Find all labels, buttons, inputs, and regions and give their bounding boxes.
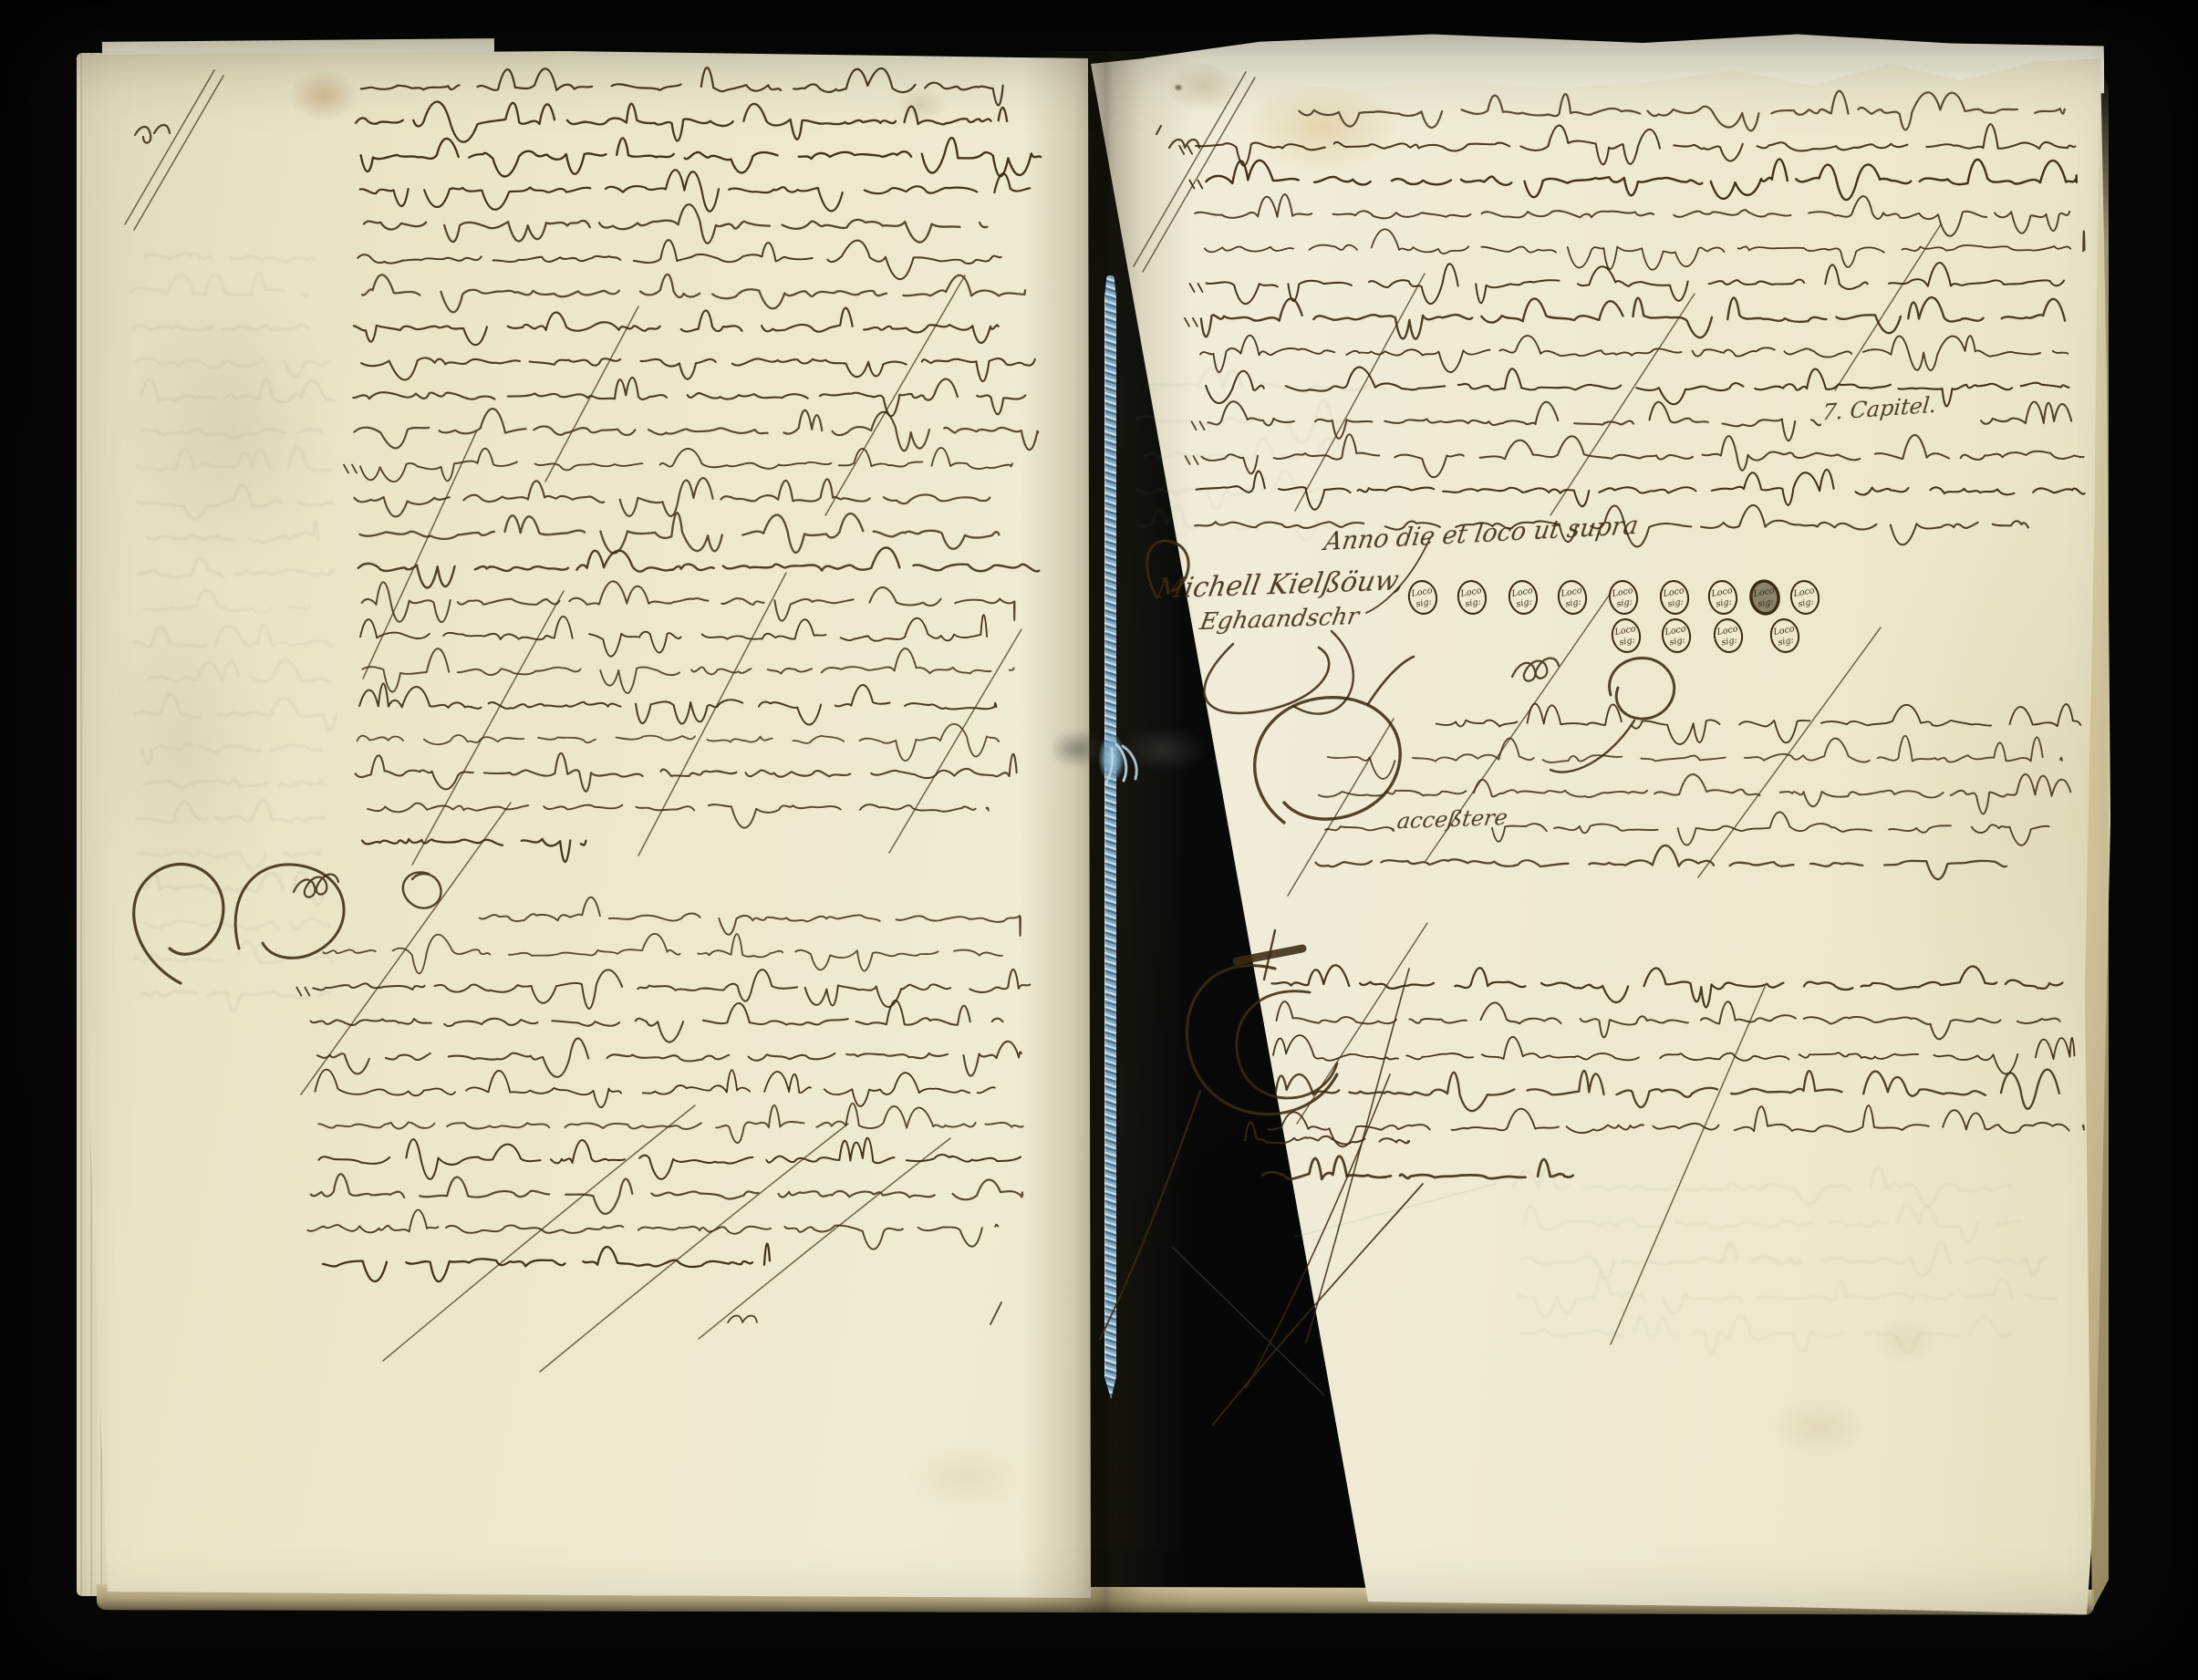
loco-sigilli-seal: Locosig: (1712, 617, 1745, 655)
svg-text:sig:: sig: (1465, 596, 1482, 609)
signature-subscript: Eghaandschr (1197, 603, 1361, 636)
svg-text:sig:: sig: (1667, 596, 1685, 609)
svg-text:sig:: sig: (1716, 596, 1733, 609)
handwriting-block-right-paragraph-3 (1269, 965, 2084, 1146)
strike-through-strokes (125, 70, 1941, 1395)
svg-text:sig:: sig: (1516, 596, 1533, 609)
latin-loan-word: acceßtere (1395, 804, 1509, 834)
svg-text:sig:: sig: (1616, 596, 1633, 609)
handwriting-block-ghost-right-mid (1136, 368, 1384, 544)
loco-sigilli-seal: Locosig: (1660, 617, 1693, 655)
svg-text:sig:: sig: (1619, 635, 1636, 648)
svg-text:sig:: sig: (1778, 635, 1795, 648)
loco-sigilli-seal: Locosig: (1706, 579, 1739, 617)
loco-sigilli-seal: Locosig: (1507, 579, 1540, 617)
loco-sigilli-seal: Locosig: (1456, 579, 1488, 617)
pen-flourishes (134, 125, 1674, 1425)
handwriting-block-right-signature-2 (1262, 1156, 1572, 1179)
loco-sigilli-seal: Locosig: (1748, 579, 1781, 617)
loco-sigilli-seal: Locosig: (1768, 617, 1801, 655)
loco-sigilli-seal: Locosig: (1610, 617, 1643, 655)
handwriting-block-left-paragraph-1 (344, 67, 1041, 862)
loco-sigilli-seal: Locosig: (1788, 579, 1821, 617)
loco-sigilli-seal: Locosig: (1658, 579, 1691, 617)
loco-sigilli-seal: Locosig: (1556, 579, 1589, 617)
handwriting-block-ghost-left-margin (130, 254, 337, 1011)
handwriting-block-right-paragraph-1 (1179, 91, 2085, 547)
handwriting-block-left-paragraph-2 (296, 897, 1030, 1281)
svg-text:sig:: sig: (1798, 596, 1815, 609)
svg-text:sig:: sig: (1721, 635, 1738, 648)
handwriting-block-right-closing-word (1245, 1122, 1409, 1144)
archive-document-scan: Locosig:Locosig:Locosig:Locosig:Locosig:… (0, 0, 2198, 1680)
handwriting-layer: Locosig:Locosig:Locosig:Locosig:Locosig:… (0, 0, 2198, 1680)
handwriting-block-ghost-right-bottom (1513, 1167, 2057, 1353)
svg-text:sig:: sig: (1565, 596, 1582, 609)
loco-sigilli-seal: Locosig: (1406, 579, 1439, 617)
loco-sigilli-seal: Locosig: (1607, 579, 1640, 617)
svg-text:sig:: sig: (1415, 596, 1433, 609)
svg-text:sig:: sig: (1669, 635, 1686, 648)
